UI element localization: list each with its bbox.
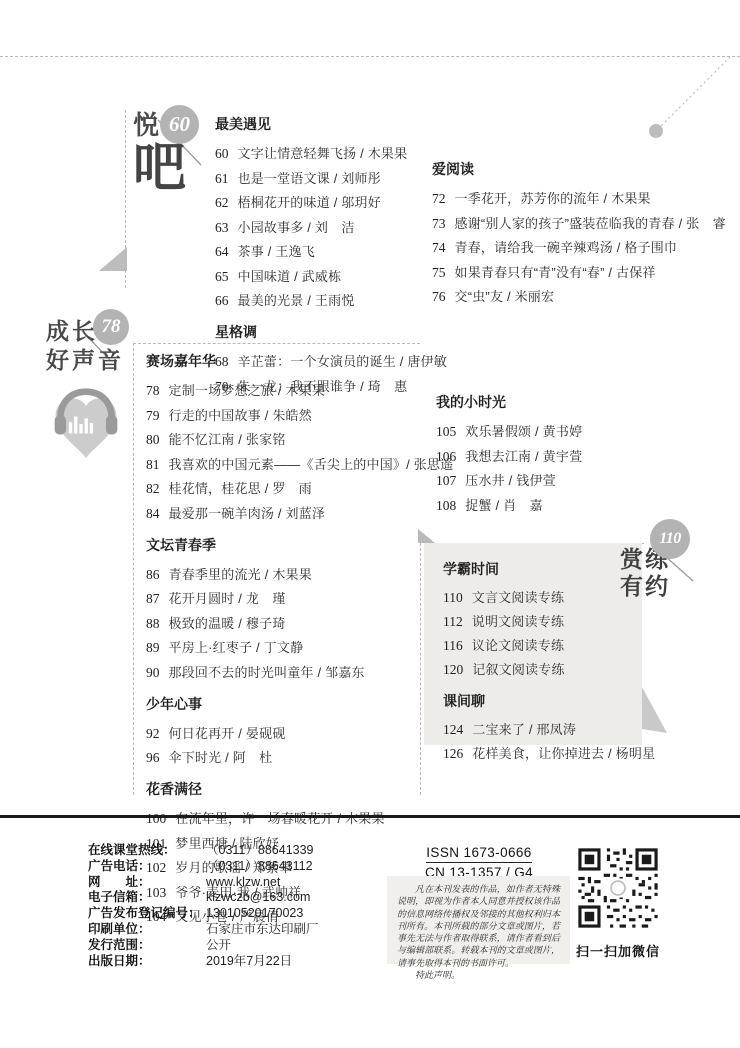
toc-entry-page-number: 89 <box>146 640 160 655</box>
toc-list: 60文字让情意轻舞飞扬 / 木果果 61也是一堂语文课 / 刘师彤 62梧桐花开… <box>215 143 445 309</box>
corner-triangle-panel-bottom <box>642 687 667 733</box>
toc-list: 105欢乐暑假颂 / 黄书婷 106我想去江南 / 黄宇萱 107压水井 / 钱… <box>436 421 686 514</box>
toc-entry-page-number: 86 <box>146 567 160 582</box>
toc-entry-title: 行走的中国故事 / 朱皓然 <box>169 408 312 423</box>
toc-entry-title: 欢乐暑假颂 / 黄书婷 <box>465 424 582 439</box>
chengzhang-vertical-dotted-rule <box>133 343 134 795</box>
toc-entry-page-number: 66 <box>215 293 229 308</box>
toc-entry: 112说明文阅读专练 <box>443 611 642 630</box>
footer-info-row: 网 址：www.klzw.net <box>88 875 398 891</box>
toc-entry-page-number: 78 <box>146 383 160 398</box>
toc-group-xueba: 学霸时间 110文言文阅读专练 112说明文阅读专练 116议论文阅读专练 12… <box>443 559 642 678</box>
toc-group-aiyuedu: 爱阅读 72一季花开，苏芳你的流年 / 木果果 73感谢“别人家的孩子”盛装莅临… <box>432 159 737 305</box>
footer-info-value: klzwczb@163.com <box>206 890 310 906</box>
toc-entry-page-number: 75 <box>432 265 446 280</box>
toc-group-title: 花香满径 <box>146 779 431 799</box>
toc-group-kejianliao: 课间聊 124二宝来了 / 邢凤涛 126花样美食，让你掉进去 / 杨明星 <box>443 691 642 762</box>
toc-entry: 86青春季里的流光 / 木果果 <box>146 564 431 583</box>
qr-caption: 扫一扫加微信 <box>561 941 675 960</box>
toc-entry-title: 记叙文阅读专练 <box>472 662 564 677</box>
section-title-line2: 有约 <box>620 573 670 600</box>
toc-group-saichang: 赛场嘉年华 78定制一场梦想之旅 / 木果果 79行走的中国故事 / 朱皓然 8… <box>146 351 431 522</box>
toc-entry: 72一季花开，苏芳你的流年 / 木果果 <box>432 188 737 207</box>
footer-info-row: 出版日期：2019年7月22日 <box>88 954 398 970</box>
page-badge-60: 60 <box>160 105 199 144</box>
toc-list: 72一季花开，苏芳你的流年 / 木果果 73感谢“别人家的孩子”盛装莅临我的青春… <box>432 188 737 305</box>
toc-entry-title: 文言文阅读专练 <box>472 590 564 605</box>
toc-group-title: 赛场嘉年华 <box>146 351 431 371</box>
toc-entry-page-number: 126 <box>443 746 463 761</box>
toc-entry: 66最美的光景 / 王雨悦 <box>215 290 445 309</box>
toc-entry-page-number: 107 <box>436 473 456 488</box>
toc-list: 78定制一场梦想之旅 / 木果果 79行走的中国故事 / 朱皓然 80能不忆江南… <box>146 380 431 522</box>
toc-entry-page-number: 82 <box>146 481 160 496</box>
footer-divider-rule <box>0 815 740 818</box>
toc-entry-page-number: 61 <box>215 171 229 186</box>
toc-entry-page-number: 110 <box>443 590 463 605</box>
toc-entry: 78定制一场梦想之旅 / 木果果 <box>146 380 431 399</box>
toc-entry: 107压水井 / 钱伊萱 <box>436 470 686 489</box>
toc-entry-title: 那段回不去的时光叫童年 / 邹嘉东 <box>169 665 365 680</box>
toc-entry: 87花开月圆时 / 龙 瑾 <box>146 588 431 607</box>
toc-entry-title: 在流年里，许一场春暖花开 / 木果果 <box>175 811 384 826</box>
toc-entry-page-number: 73 <box>432 216 446 231</box>
toc-entry-page-number: 96 <box>146 750 160 765</box>
toc-entry: 82桂花情，桂花思 / 罗 雨 <box>146 478 431 497</box>
footer-info-row: 发行范围：公开 <box>88 938 398 954</box>
toc-entry: 90那段回不去的时光叫童年 / 邹嘉东 <box>146 662 431 681</box>
toc-entry: 64茶事 / 王逸飞 <box>215 241 445 260</box>
toc-entry-title: 青春季里的流光 / 木果果 <box>169 567 312 582</box>
toc-group-title: 最美遇见 <box>215 114 445 134</box>
toc-entry: 62梧桐花开的味道 / 邬玥好 <box>215 192 445 211</box>
toc-entry: 105欢乐暑假颂 / 黄书婷 <box>436 421 686 440</box>
toc-entry-title: 茶事 / 王逸飞 <box>238 244 315 259</box>
issn-block: ISSN 1673-0666 CN 13-1357 / G4 <box>404 845 554 880</box>
footer-info-label: 电子信箱： <box>88 890 206 906</box>
magazine-toc-page: 悦读 吧 60 最美遇见 60文字让情意轻舞飞扬 / 木果果 61也是一堂语文课… <box>0 0 740 1048</box>
toc-entry-title: 何日花再开 / 晏砚砚 <box>169 726 286 741</box>
toc-entry: 75如果青春只有“青”没有“春” / 古保祥 <box>432 262 737 281</box>
page-badge-78: 78 <box>93 309 129 345</box>
toc-entry: 106我想去江南 / 黄宇萱 <box>436 446 686 465</box>
toc-entry-title: 最美的光景 / 王雨悦 <box>238 293 355 308</box>
toc-group-title: 爱阅读 <box>432 159 737 179</box>
footer-info-label: 在线课堂热线： <box>88 843 206 859</box>
toc-group-title: 文坛青春季 <box>146 535 431 555</box>
toc-entry: 84最爱那一碗羊肉汤 / 刘蓝泽 <box>146 503 431 522</box>
toc-entry: 96伞下时光 / 阿 杜 <box>146 747 431 766</box>
toc-entry-page-number: 120 <box>443 662 463 677</box>
top-dotted-rule <box>0 56 740 57</box>
toc-entry-page-number: 62 <box>215 195 229 210</box>
toc-group-xiaoshiguang: 我的小时光 105欢乐暑假颂 / 黄书婷 106我想去江南 / 黄宇萱 107压… <box>436 392 686 514</box>
section-title-line2: 好声音 <box>46 346 124 375</box>
toc-entry-title: 能不忆江南 / 张家铭 <box>169 432 286 447</box>
toc-entry-page-number: 87 <box>146 591 160 606</box>
toc-entry-page-number: 84 <box>146 506 160 521</box>
copyright-notice-text: 凡在本刊发表的作品，如作者无特殊说明，即视为作者本人同意并授权该作品的信息网络传… <box>397 884 560 970</box>
toc-entry-title: 平房上·红枣子 / 丁文静 <box>169 640 304 655</box>
toc-entry-page-number: 100 <box>146 811 166 826</box>
toc-entry-title: 一季花开，苏芳你的流年 / 木果果 <box>455 191 651 206</box>
toc-entry: 80能不忆江南 / 张家铭 <box>146 429 431 448</box>
toc-entry: 60文字让情意轻舞飞扬 / 木果果 <box>215 143 445 162</box>
footer-info-value: 2019年7月22日 <box>206 954 292 970</box>
toc-entry-title: 感谢“别人家的孩子”盛装莅临我的青春 / 张 睿 <box>455 216 726 231</box>
toc-group-title: 少年心事 <box>146 694 431 714</box>
toc-entry-page-number: 92 <box>146 726 160 741</box>
footer-info-value: www.klzw.net <box>206 875 280 891</box>
footer-info-value: 13010520170023 <box>206 906 303 922</box>
gray-dot <box>649 124 663 138</box>
footer-info-label: 网 址： <box>88 875 206 891</box>
footer-info-value: （0311）88643112 <box>206 859 313 875</box>
toc-entry-page-number: 64 <box>215 244 229 259</box>
footer-info-row: 广告发布登记编号：13010520170023 <box>88 906 398 922</box>
toc-entry-page-number: 116 <box>443 638 463 653</box>
toc-entry-title: 我想去江南 / 黄宇萱 <box>465 449 582 464</box>
toc-entry-title: 中国味道 / 武威栋 <box>238 269 342 284</box>
toc-entry-title: 也是一堂语文课 / 刘师彤 <box>238 171 381 186</box>
toc-entry-page-number: 112 <box>443 614 463 629</box>
yuedu-vertical-dotted-rule <box>125 110 126 288</box>
toc-entry-title: 文字让情意轻舞飞扬 / 木果果 <box>238 146 408 161</box>
toc-entry-title: 极致的温暖 / 穆子琦 <box>169 616 286 631</box>
toc-entry-title: 伞下时光 / 阿 杜 <box>169 750 273 765</box>
toc-entry-page-number: 74 <box>432 240 446 255</box>
toc-group-title: 学霸时间 <box>443 559 642 579</box>
toc-entry: 110文言文阅读专练 <box>443 587 642 606</box>
toc-entry: 124二宝来了 / 邢凤涛 <box>443 719 642 738</box>
toc-group-title: 星格调 <box>215 322 445 342</box>
toc-entry-title: 压水井 / 钱伊萱 <box>465 473 556 488</box>
copyright-notice-ending: 特此声明。 <box>397 970 560 982</box>
toc-entry-page-number: 124 <box>443 722 463 737</box>
toc-entry-title: 我喜欢的中国元素——《舌尖上的中国》/ 张思遥 <box>169 457 454 472</box>
toc-entry-page-number: 72 <box>432 191 446 206</box>
toc-entry-title: 梧桐花开的味道 / 邬玥好 <box>238 195 381 210</box>
toc-group-title: 我的小时光 <box>436 392 686 412</box>
toc-entry-page-number: 88 <box>146 616 160 631</box>
toc-group-title: 课间聊 <box>443 691 642 711</box>
toc-list: 124二宝来了 / 邢凤涛 126花样美食，让你掉进去 / 杨明星 <box>443 719 642 762</box>
toc-entry: 61也是一堂语文课 / 刘师彤 <box>215 168 445 187</box>
toc-entry-page-number: 76 <box>432 289 446 304</box>
toc-entry-title: 花开月圆时 / 龙 瑾 <box>169 591 286 606</box>
toc-list: 92何日花再开 / 晏砚砚 96伞下时光 / 阿 杜 <box>146 723 431 767</box>
toc-entry: 81我喜欢的中国元素——《舌尖上的中国》/ 张思遥 <box>146 454 431 473</box>
toc-entry-page-number: 79 <box>146 408 160 423</box>
toc-entry: 108捉蟹 / 肖 嘉 <box>436 495 686 514</box>
toc-entry-page-number: 90 <box>146 665 160 680</box>
toc-entry-title: 花样美食，让你掉进去 / 杨明星 <box>472 746 655 761</box>
toc-entry-page-number: 65 <box>215 269 229 284</box>
toc-entry: 92何日花再开 / 晏砚砚 <box>146 723 431 742</box>
toc-entry: 65中国味道 / 武威栋 <box>215 266 445 285</box>
footer-info-value: （0311）88641339 <box>206 843 314 859</box>
corner-triangle-yuedu <box>99 247 127 271</box>
footer-info-label: 广告发布登记编号： <box>88 906 206 922</box>
toc-entry-title: 二宝来了 / 邢凤涛 <box>472 722 576 737</box>
headphones-heart-icon <box>48 384 124 464</box>
toc-entry-title: 说明文阅读专练 <box>472 614 564 629</box>
footer-info-label: 出版日期： <box>88 954 206 970</box>
toc-entry: 73感谢“别人家的孩子”盛装莅临我的青春 / 张 睿 <box>432 213 737 232</box>
diagonal-dotted-line <box>659 57 730 128</box>
toc-entry-title: 定制一场梦想之旅 / 木果果 <box>169 383 326 398</box>
toc-entry-title: 桂花情，桂花思 / 罗 雨 <box>169 481 312 496</box>
toc-entry-title: 捉蟹 / 肖 嘉 <box>465 498 542 513</box>
toc-entry-page-number: 63 <box>215 220 229 235</box>
toc-entry: 116议论文阅读专练 <box>443 635 642 654</box>
footer-info-label: 发行范围： <box>88 938 206 954</box>
toc-entry-title: 议论文阅读专练 <box>472 638 564 653</box>
footer-info-row: 印刷单位：石家庄市东达印刷厂 <box>88 922 398 938</box>
toc-entry-page-number: 81 <box>146 457 160 472</box>
footer-contact-info: 在线课堂热线：（0311）88641339 广告电话：（0311）8864311… <box>88 843 398 969</box>
footer-info-label: 广告电话： <box>88 859 206 875</box>
section-title-line2: 吧 <box>133 140 199 196</box>
footer-info-label: 印刷单位： <box>88 922 206 938</box>
toc-entry-title: 小园故事多 / 刘 洁 <box>238 220 355 235</box>
toc-entry: 126花样美食，让你掉进去 / 杨明星 <box>443 743 642 762</box>
footer-info-row: 在线课堂热线：（0311）88641339 <box>88 843 398 859</box>
footer-info-row: 电子信箱：klzwczb@163.com <box>88 890 398 906</box>
toc-entry-page-number: 106 <box>436 449 456 464</box>
toc-panel-shanglian: 学霸时间 110文言文阅读专练 112说明文阅读专练 116议论文阅读专练 12… <box>424 543 642 745</box>
toc-entry-page-number: 80 <box>146 432 160 447</box>
footer-info-value: 石家庄市东达印刷厂 <box>206 922 319 938</box>
toc-group-wentan: 文坛青春季 86青春季里的流光 / 木果果 87花开月圆时 / 龙 瑾 88极致… <box>146 535 431 681</box>
toc-entry-page-number: 108 <box>436 498 456 513</box>
toc-entry: 63小园故事多 / 刘 洁 <box>215 217 445 236</box>
footer-info-row: 广告电话：（0311）88643112 <box>88 859 398 875</box>
toc-column-xiaoshiguang: 我的小时光 105欢乐暑假颂 / 黄书婷 106我想去江南 / 黄宇萱 107压… <box>436 392 686 519</box>
page-badge-110: 110 <box>650 519 690 559</box>
toc-list: 86青春季里的流光 / 木果果 87花开月圆时 / 龙 瑾 88极致的温暖 / … <box>146 564 431 681</box>
toc-entry: 76交“虫”友 / 米丽宏 <box>432 286 737 305</box>
toc-entry: 88极致的温暖 / 穆子琦 <box>146 613 431 632</box>
toc-entry: 79行走的中国故事 / 朱皓然 <box>146 405 431 424</box>
toc-column-aiyuedu: 爱阅读 72一季花开，苏芳你的流年 / 木果果 73感谢“别人家的孩子”盛装莅临… <box>432 159 737 311</box>
footer-info-value: 公开 <box>206 938 231 954</box>
wechat-qr-code <box>572 842 664 934</box>
toc-entry: 89平房上·红枣子 / 丁文静 <box>146 637 431 656</box>
toc-entry-page-number: 60 <box>215 146 229 161</box>
toc-group-shaonian: 少年心事 92何日花再开 / 晏砚砚 96伞下时光 / 阿 杜 <box>146 694 431 767</box>
toc-group-zuimei-yujian: 最美遇见 60文字让情意轻舞飞扬 / 木果果 61也是一堂语文课 / 刘师彤 6… <box>215 114 445 309</box>
toc-entry-title: 最爱那一碗羊肉汤 / 刘蓝泽 <box>169 506 326 521</box>
issn-number: ISSN 1673-0666 <box>426 845 531 863</box>
toc-entry-page-number: 105 <box>436 424 456 439</box>
toc-entry: 120记叙文阅读专练 <box>443 659 642 678</box>
toc-entry-title: 青春，请给我一碗辛辣鸡汤 / 格子围巾 <box>455 240 678 255</box>
toc-entry-title: 如果青春只有“青”没有“春” / 古保祥 <box>455 265 656 280</box>
toc-entry: 74青春，请给我一碗辛辣鸡汤 / 格子围巾 <box>432 237 737 256</box>
toc-entry-title: 交“虫”友 / 米丽宏 <box>455 289 555 304</box>
toc-list: 110文言文阅读专练 112说明文阅读专练 116议论文阅读专练 120记叙文阅… <box>443 587 642 678</box>
copyright-notice-box: 凡在本刊发表的作品，如作者无特殊说明，即视为作者本人同意并授权该作品的信息网络传… <box>387 876 570 964</box>
